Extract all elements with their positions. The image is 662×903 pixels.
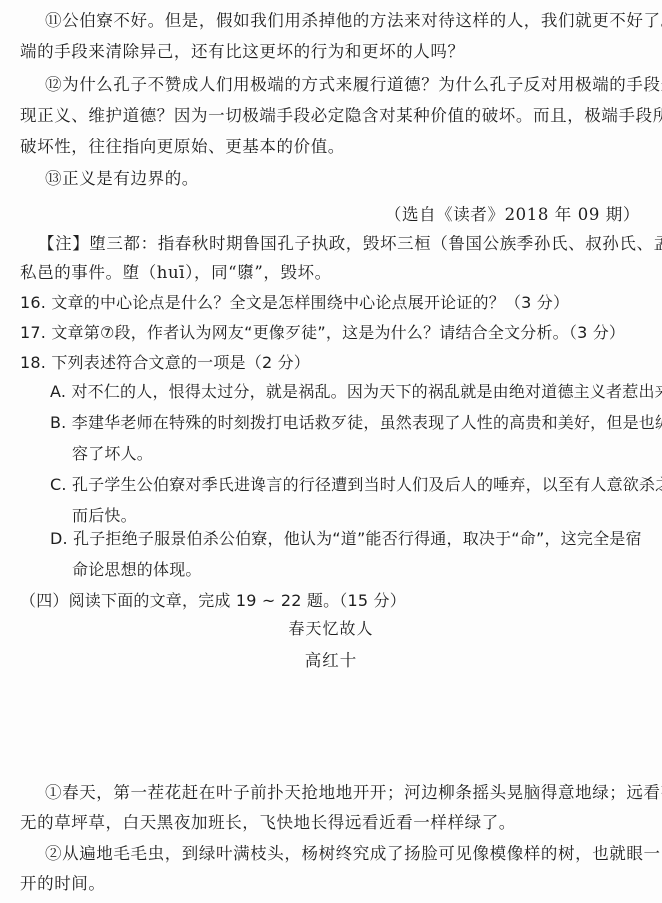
option-d-line-2: 命论思想的体现。 (72, 559, 202, 581)
note-line-2: 私邑的事件。堕（huī），同“隳”，毁坏。 (20, 262, 332, 284)
question-number: 16. (20, 293, 46, 312)
option-label: A. (50, 382, 66, 401)
note-line-1: 【注】堕三都：指春秋时期鲁国孔子执政，毁坏三桓（鲁国公族季孙氏、叔孙氏、孟孙氏） (38, 233, 662, 255)
question-18: 18. 下列表述符合文意的一项是（2 分） (20, 352, 310, 374)
option-label: B. (50, 413, 66, 432)
option-b: B. 李建华老师在特殊的时刻拨打电话救歹徒，虽然表现了人性的高贵和美好，但是也纵 (50, 412, 662, 434)
article-paragraph-2-line-2: 开的时间。 (20, 873, 106, 895)
paragraph-12-line-2: 现正义、维护道德？因为一切极端手段必定隐含对某种价值的破坏。而且，极端手段所蕴含… (20, 105, 662, 127)
option-label: C. (50, 475, 67, 494)
question-text: 下列表述符合文意的一项是（2 分） (51, 353, 310, 372)
article-title: 春天忆故人 (0, 618, 662, 640)
option-label: D. (50, 529, 68, 548)
section-four-instruction: （四）阅读下面的文章，完成 19 ~ 22 题。（15 分） (20, 590, 406, 612)
question-17: 17. 文章第⑦段，作者认为网友“更像歹徒”，这是为什么？请结合全文分析。（3 … (20, 322, 625, 344)
option-text: 孔子拒绝子服景伯杀公伯寮，他认为“道”能否行得通，取决于“命”，这完全是宿 (73, 529, 642, 548)
article-paragraph-1-line-2: 无的草坪草，白天黑夜加班长，飞快地长得远看近看一样样绿了。 (20, 812, 516, 834)
paragraph-12-line-3: 破坏性，往往指向更原始、更基本的价值。 (20, 136, 345, 158)
article-paragraph-1-line-1: ①春天，第一茬花赶在叶子前扑天抢地地开开；河边柳条摇头晃脑得意地绿；远看有近却 (45, 782, 662, 804)
paragraph-11-line-1: ⑪公伯寮不好。但是，假如我们用杀掉他的方法来对待这样的人，我们就更不好了。用极 (45, 10, 662, 32)
paragraph-11-line-2: 端的手段来清除异己，还有比这更坏的行为和更坏的人吗？ (20, 41, 465, 63)
paragraph-12-line-1: ⑫为什么孔子不赞成人们用极端的方式来履行道德？为什么孔子反对用极端的手段来实 (45, 74, 662, 96)
option-text: 对不仁的人，恨得太过分，就是祸乱。因为天下的祸乱就是由绝对道德主义者惹出来的。 (71, 382, 662, 401)
article-paragraph-2-line-1: ②从遍地毛毛虫，到绿叶满枝头，杨树终究成了扬脸可见像模像样的树，也就眼一闭再睁 (45, 843, 662, 865)
option-a: A. 对不仁的人，恨得太过分，就是祸乱。因为天下的祸乱就是由绝对道德主义者惹出来… (50, 381, 662, 403)
option-c-line-2: 而后快。 (72, 505, 137, 527)
option-text: 李建华老师在特殊的时刻拨打电话救歹徒，虽然表现了人性的高贵和美好，但是也纵 (72, 413, 662, 432)
option-d: D. 孔子拒绝子服景伯杀公伯寮，他认为“道”能否行得通，取决于“命”，这完全是宿 (50, 528, 642, 550)
option-c: C. 孔子学生公伯寮对季氏进谗言的行径遭到当时人们及后人的唾弃，以至有人意欲杀之 (50, 474, 662, 496)
question-text: 文章第⑦段，作者认为网友“更像歹徒”，这是为什么？请结合全文分析。（3 分） (51, 323, 625, 342)
exam-page: ⑩孔子说：“如果我的道能够行得通，那是命；如果我的道行不通，那也是命。公伯寮能 … (0, 0, 662, 903)
question-text: 文章的中心论点是什么？全文是怎样围绕中心论点展开论证的？（3 分） (51, 293, 569, 312)
source-citation: （选自《读者》2018 年 09 期） (385, 204, 640, 226)
article-author: 高红十 (0, 650, 662, 672)
question-number: 18. (20, 353, 46, 372)
question-16: 16. 文章的中心论点是什么？全文是怎样围绕中心论点展开论证的？（3 分） (20, 292, 569, 314)
paragraph-13-line-1: ⑬正义是有边界的。 (45, 168, 199, 190)
option-text: 孔子学生公伯寮对季氏进谗言的行径遭到当时人们及后人的唾弃，以至有人意欲杀之 (72, 475, 662, 494)
option-b-line-2: 容了坏人。 (72, 443, 153, 465)
question-number: 17. (20, 323, 46, 342)
